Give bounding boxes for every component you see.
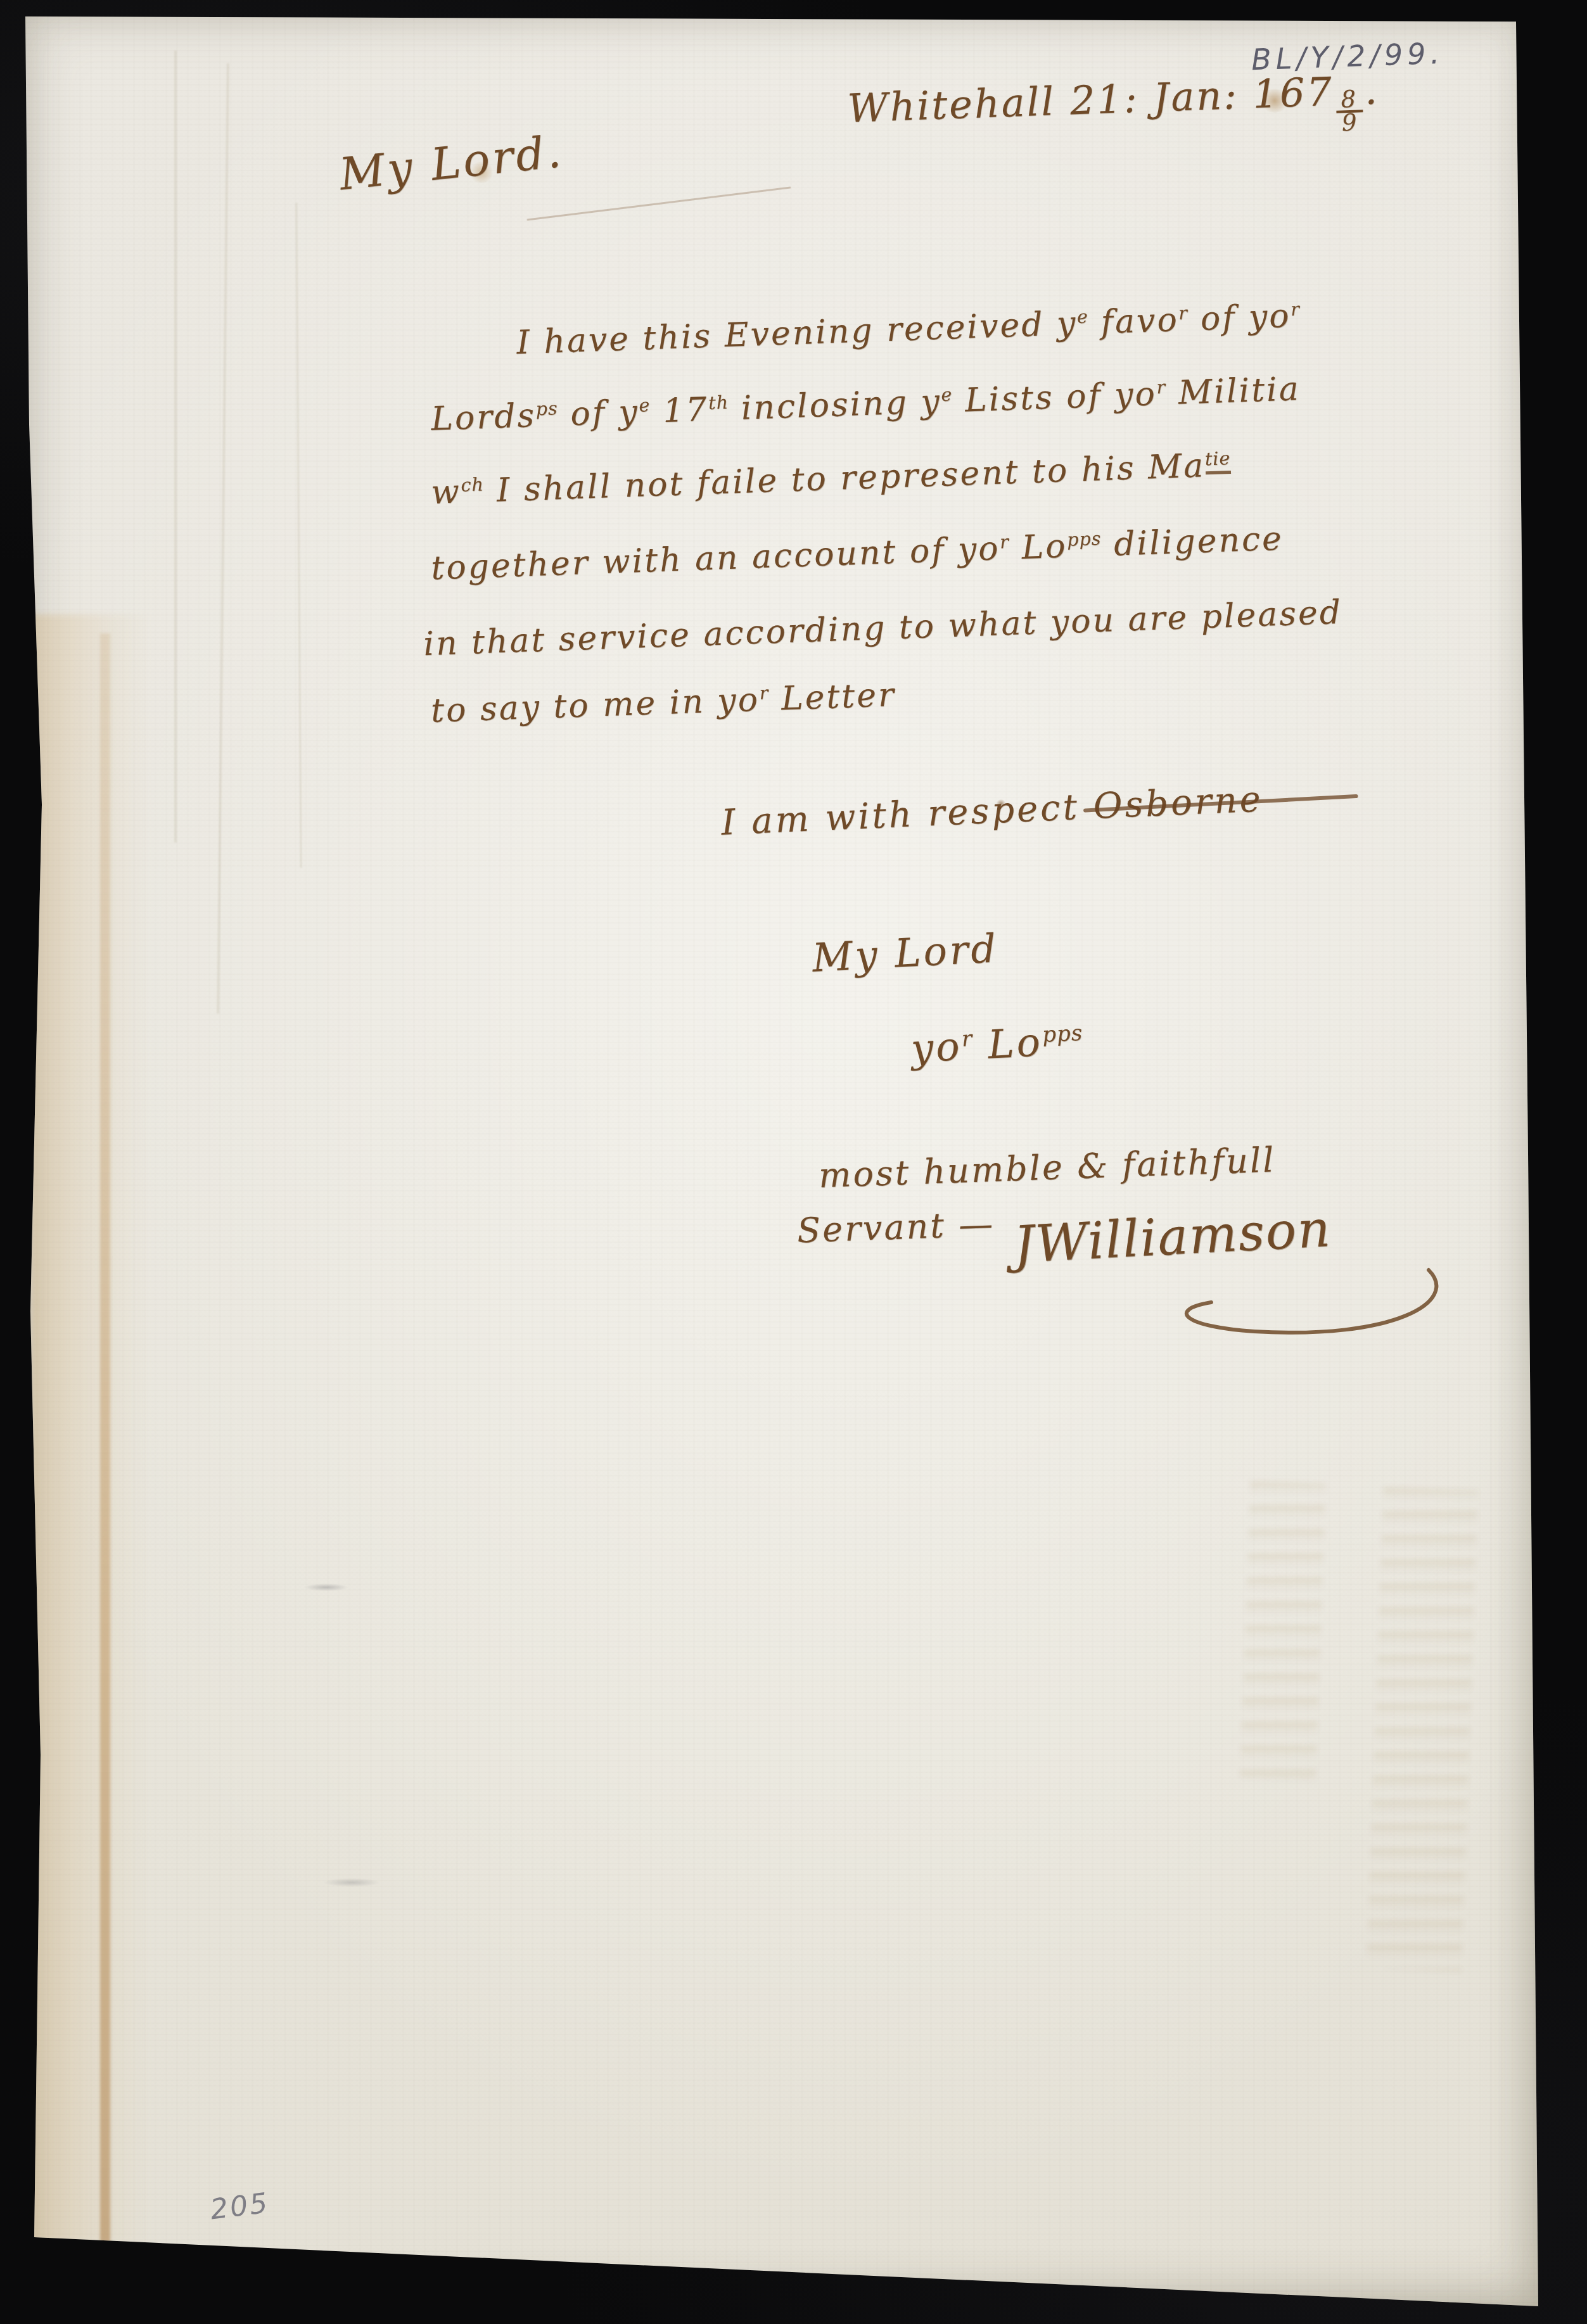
split-year-fraction: 89	[1335, 89, 1363, 133]
superscript-abbreviation: e	[639, 394, 651, 416]
smudge	[323, 1878, 380, 1887]
text-segment: Lo	[972, 1019, 1044, 1069]
text-segment: Militia	[1165, 370, 1301, 412]
verso-ink-showthrough	[1367, 1487, 1478, 1972]
superscript-abbreviation: r	[961, 1026, 973, 1052]
text-segment: of yo	[1187, 297, 1291, 339]
smudge	[304, 1584, 348, 1591]
superscript-abbreviation: ch	[461, 473, 485, 495]
superscript-abbreviation: tie	[1204, 447, 1231, 474]
superscript-abbreviation: th	[708, 391, 729, 414]
text-segment: Osborne	[1092, 778, 1264, 827]
superscript-abbreviation: r	[759, 682, 769, 703]
text-segment: of y	[558, 393, 640, 434]
text-segment: Lo	[1009, 527, 1068, 567]
text-segment: w	[430, 473, 462, 512]
paper-edge-shading	[25, 13, 1539, 2309]
text-segment: Letter	[768, 676, 896, 718]
superscript-abbreviation: r	[1000, 531, 1010, 552]
text-segment: favo	[1088, 301, 1179, 342]
closing-my-lord: My Lord	[811, 925, 999, 981]
text-segment: Lords	[430, 397, 537, 438]
left-edge-stain-streak	[100, 633, 110, 2242]
closing-your-lordships: yor Lopps	[910, 1017, 1084, 1072]
letter-paper-sheet: BL/Y/2/99. Whitehall 21: Jan: 16789. My …	[25, 13, 1539, 2309]
manuscript-photo: BL/Y/2/99. Whitehall 21: Jan: 16789. My …	[0, 0, 1587, 2324]
text-segment: 17	[650, 391, 710, 431]
superscript-abbreviation: ps	[535, 397, 558, 419]
text-segment: diligence	[1101, 520, 1284, 564]
left-edge-stain	[30, 614, 151, 2242]
dateline-period: .	[1363, 67, 1379, 113]
superscript-abbreviation: pps	[1067, 528, 1102, 550]
superscript-abbreviation: e	[941, 384, 953, 406]
superscript-abbreviation: r	[1178, 302, 1189, 324]
text-segment: inclosing y	[728, 383, 942, 428]
text-segment: Lists of yo	[952, 375, 1157, 420]
closing-servant: Servant —	[796, 1204, 995, 1251]
year-fraction-denominator: 9	[1341, 112, 1359, 133]
verso-ink-showthrough	[1240, 1481, 1326, 1781]
superscript-abbreviation: pps	[1042, 1020, 1083, 1048]
text-segment: yo	[910, 1023, 963, 1072]
superscript-abbreviation: r	[1156, 376, 1166, 398]
superscript-abbreviation: r	[1291, 298, 1301, 320]
fold-crease	[174, 51, 177, 842]
superscript-abbreviation: e	[1076, 305, 1088, 327]
signature-flourish	[976, 1254, 1470, 1387]
